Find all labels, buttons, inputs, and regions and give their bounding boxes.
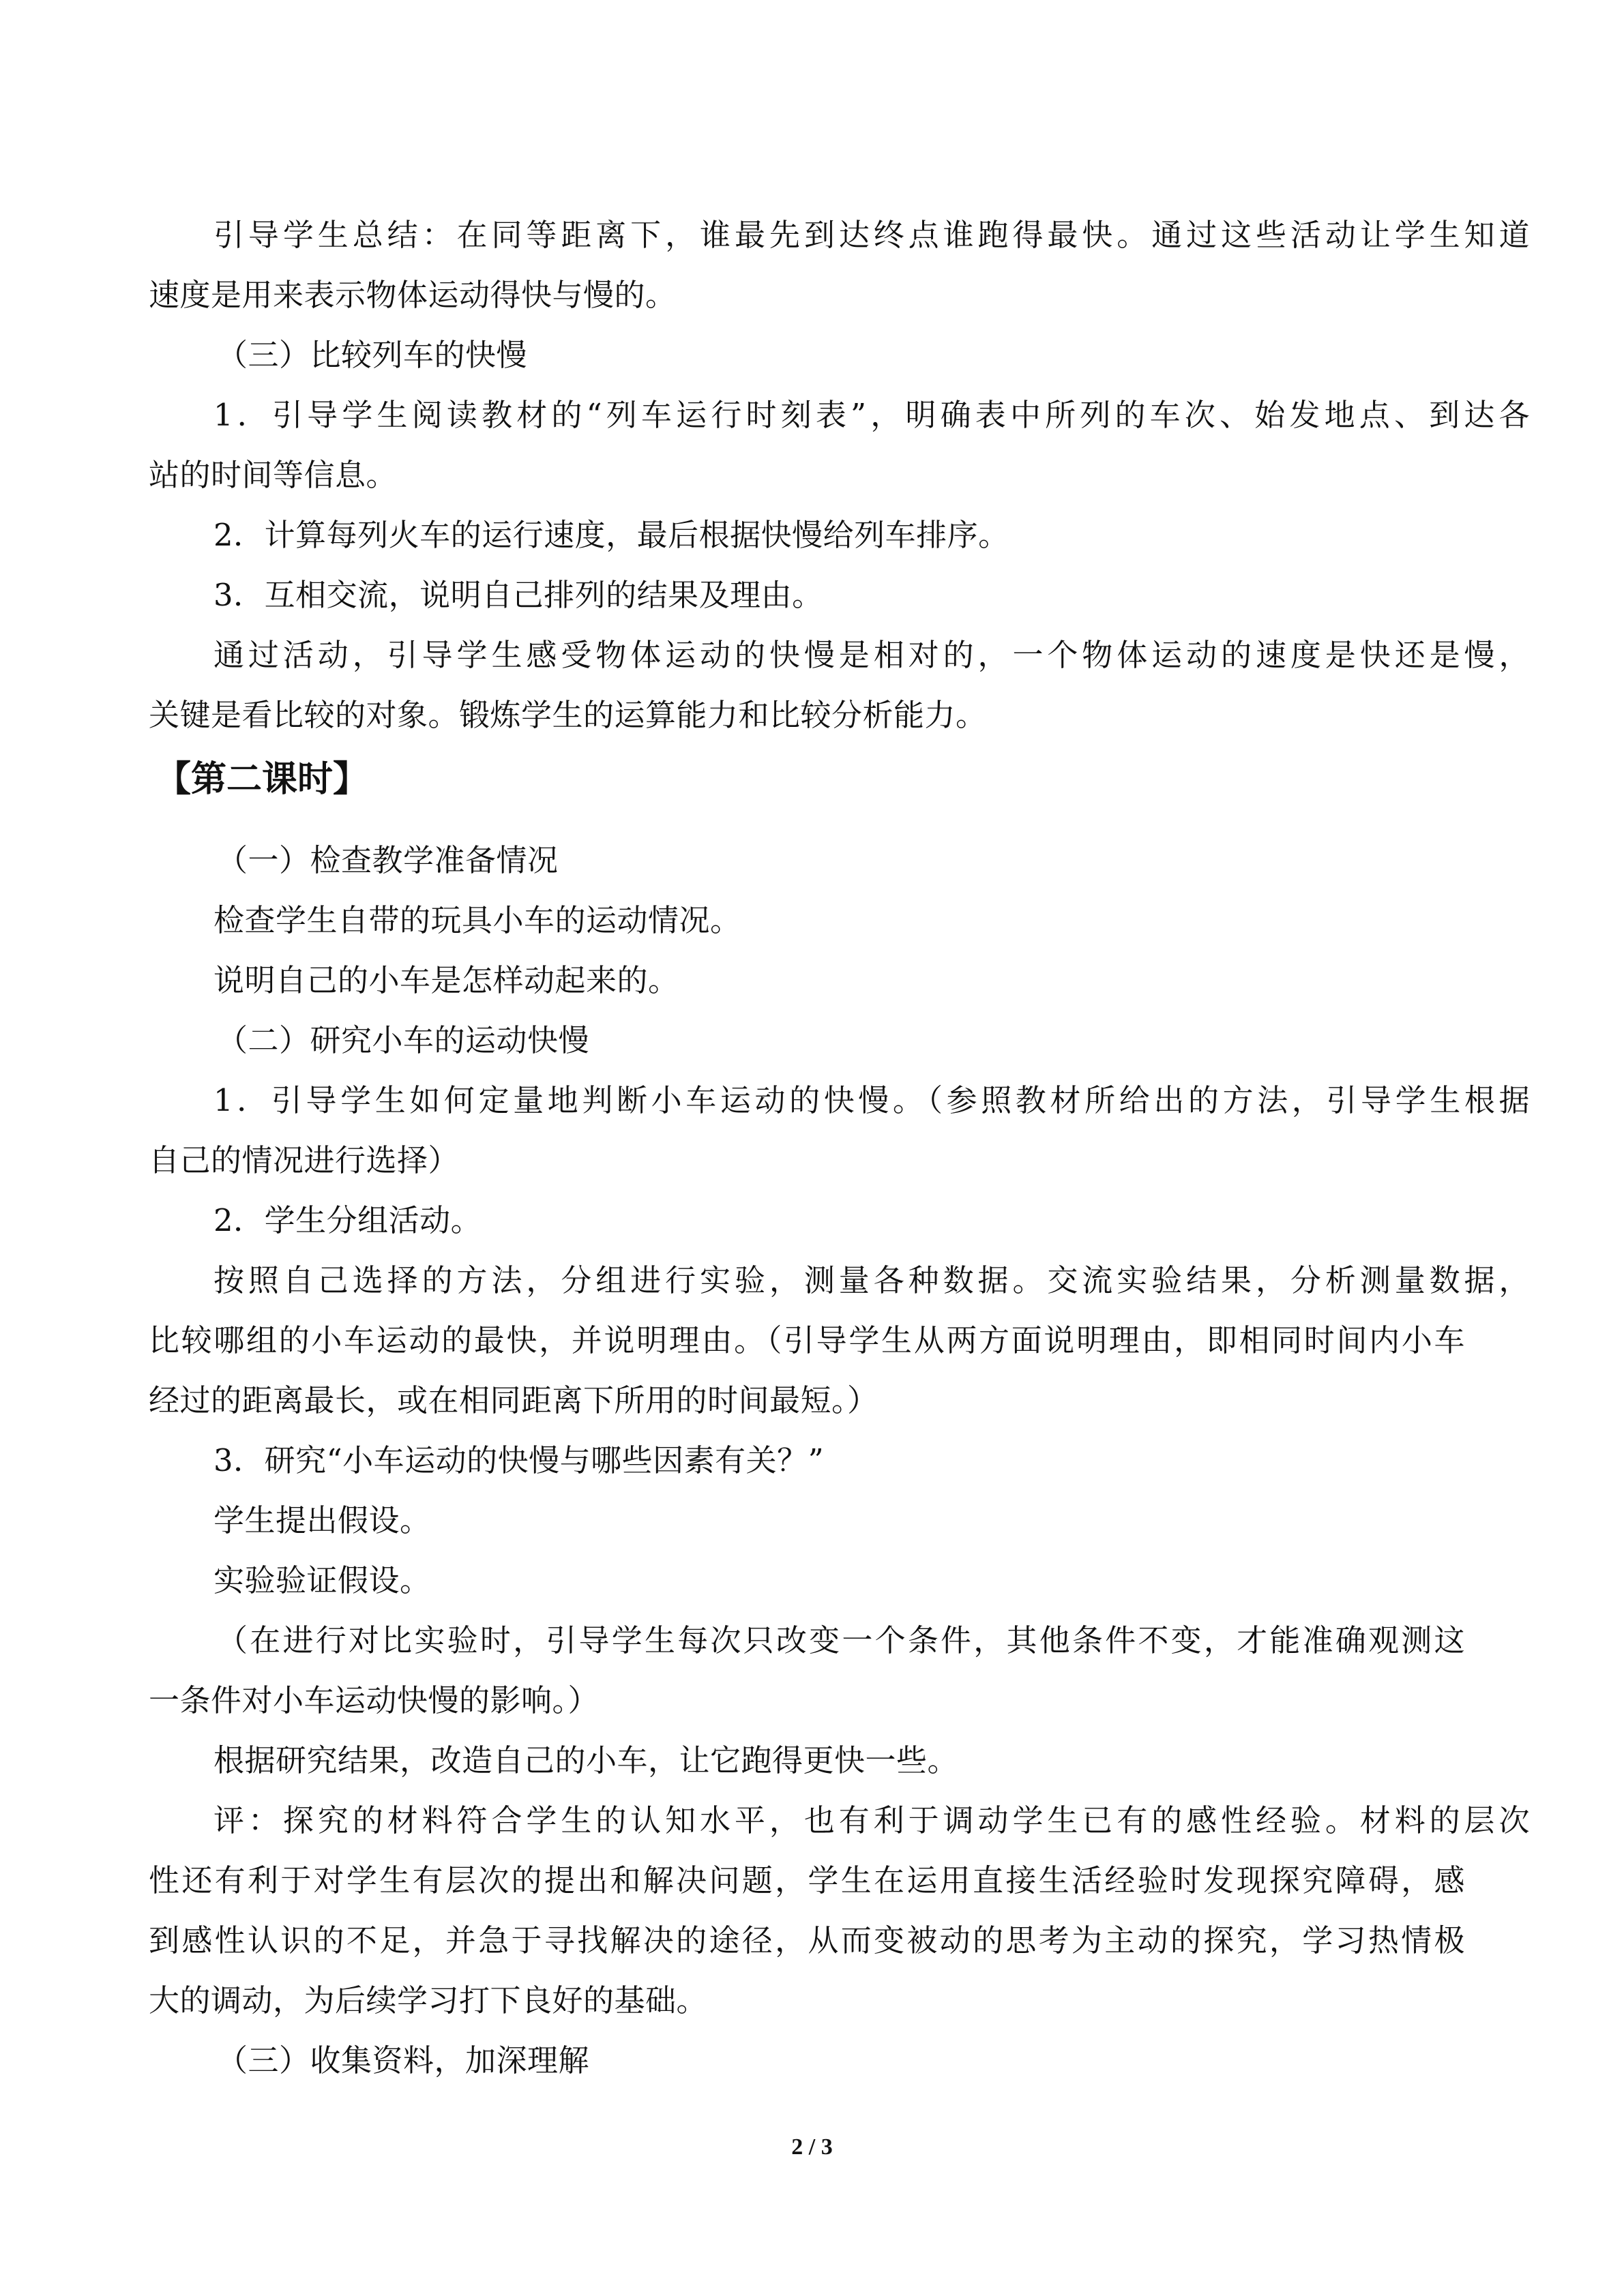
lesson2-section-2-title: （二）研究小车的运动快慢 [217, 1020, 1533, 1061]
page-number: 2 / 3 [0, 2134, 1624, 2160]
document-page: 引导学生总结：在同等距离下，谁最先到达终点谁跑得最快。通过这些活动让学生知道 速… [0, 0, 1624, 2296]
lesson2-group-line-3: 经过的距离最长，或在相同距离下所用的时间最短。） [149, 1380, 1465, 1421]
lesson2-check-toy-car: 检查学生自带的玩具小车的运动情况。 [213, 900, 1530, 941]
lesson2-note-line-1: （在进行对比实验时，引导学生每次只改变一个条件，其他条件不变，才能准确观测这 [217, 1620, 1465, 1661]
lesson2-comment-line-2: 性还有利于对学生有层次的提出和解决问题，学生在运用直接生活经验时发现探究障碍，感 [149, 1860, 1465, 1901]
lesson2-step-1-line-2: 自己的情况进行选择） [149, 1140, 1465, 1181]
lesson2-comment-line-4: 大的调动，为后续学习打下良好的基础。 [149, 1980, 1465, 2021]
train-step-2: 2．计算每列火车的运行速度，最后根据快慢给列车排序。 [213, 515, 1530, 556]
lesson2-hypothesis: 学生提出假设。 [213, 1500, 1530, 1541]
lesson2-section-1-title: （一）检查教学准备情况 [217, 840, 1533, 881]
train-step-1-line-1: 1．引导学生阅读教材的“列车运行时刻表”，明确表中所列的车次、始发地点、到达各 [213, 395, 1530, 436]
lesson2-comment-line-3: 到感性认识的不足，并急于寻找解决的途径，从而变被动的思考为主动的探究，学习热情极 [149, 1920, 1465, 1961]
paragraph-summary-line-1: 引导学生总结：在同等距离下，谁最先到达终点谁跑得最快。通过这些活动让学生知道 [213, 215, 1530, 256]
lesson2-improve-car: 根据研究结果，改造自己的小车，让它跑得更快一些。 [213, 1740, 1530, 1781]
lesson2-section-3-title: （三）收集资料，加深理解 [217, 2040, 1533, 2081]
lesson2-verify-hypothesis: 实验验证假设。 [213, 1560, 1530, 1601]
lesson2-group-line-1: 按照自己选择的方法，分组进行实验，测量各种数据。交流实验结果，分析测量数据， [213, 1260, 1530, 1301]
train-step-1-line-2: 站的时间等信息。 [149, 455, 1465, 496]
lesson2-step-3: 3．研究“小车运动的快慢与哪些因素有关？” [213, 1440, 1530, 1481]
train-step-3: 3．互相交流，说明自己排列的结果及理由。 [213, 575, 1530, 616]
section-title-compare-trains: （三）比较列车的快慢 [217, 335, 1533, 376]
lesson2-step-1-line-1: 1．引导学生如何定量地判断小车运动的快慢。（参照教材所给出的方法，引导学生根据 [213, 1080, 1530, 1121]
lesson2-step-2: 2．学生分组活动。 [213, 1200, 1530, 1241]
train-summary-line-2: 关键是看比较的对象。锻炼学生的运算能力和比较分析能力。 [149, 695, 1465, 736]
paragraph-summary-line-2: 速度是用来表示物体运动得快与慢的。 [149, 275, 1465, 316]
lesson-2-heading: 【第二课时】 [156, 756, 368, 803]
train-summary-line-1: 通过活动，引导学生感受物体运动的快慢是相对的，一个物体运动的速度是快还是慢， [213, 635, 1530, 676]
lesson2-note-line-2: 一条件对小车运动快慢的影响。） [149, 1680, 1465, 1721]
lesson2-group-line-2: 比较哪组的小车运动的最快，并说明理由。（引导学生从两方面说明理由，即相同时间内小… [149, 1320, 1465, 1361]
lesson2-explain-car-motion: 说明自己的小车是怎样动起来的。 [213, 960, 1530, 1001]
lesson2-comment-line-1: 评：探究的材料符合学生的认知水平，也有利于调动学生已有的感性经验。材料的层次 [213, 1800, 1530, 1841]
